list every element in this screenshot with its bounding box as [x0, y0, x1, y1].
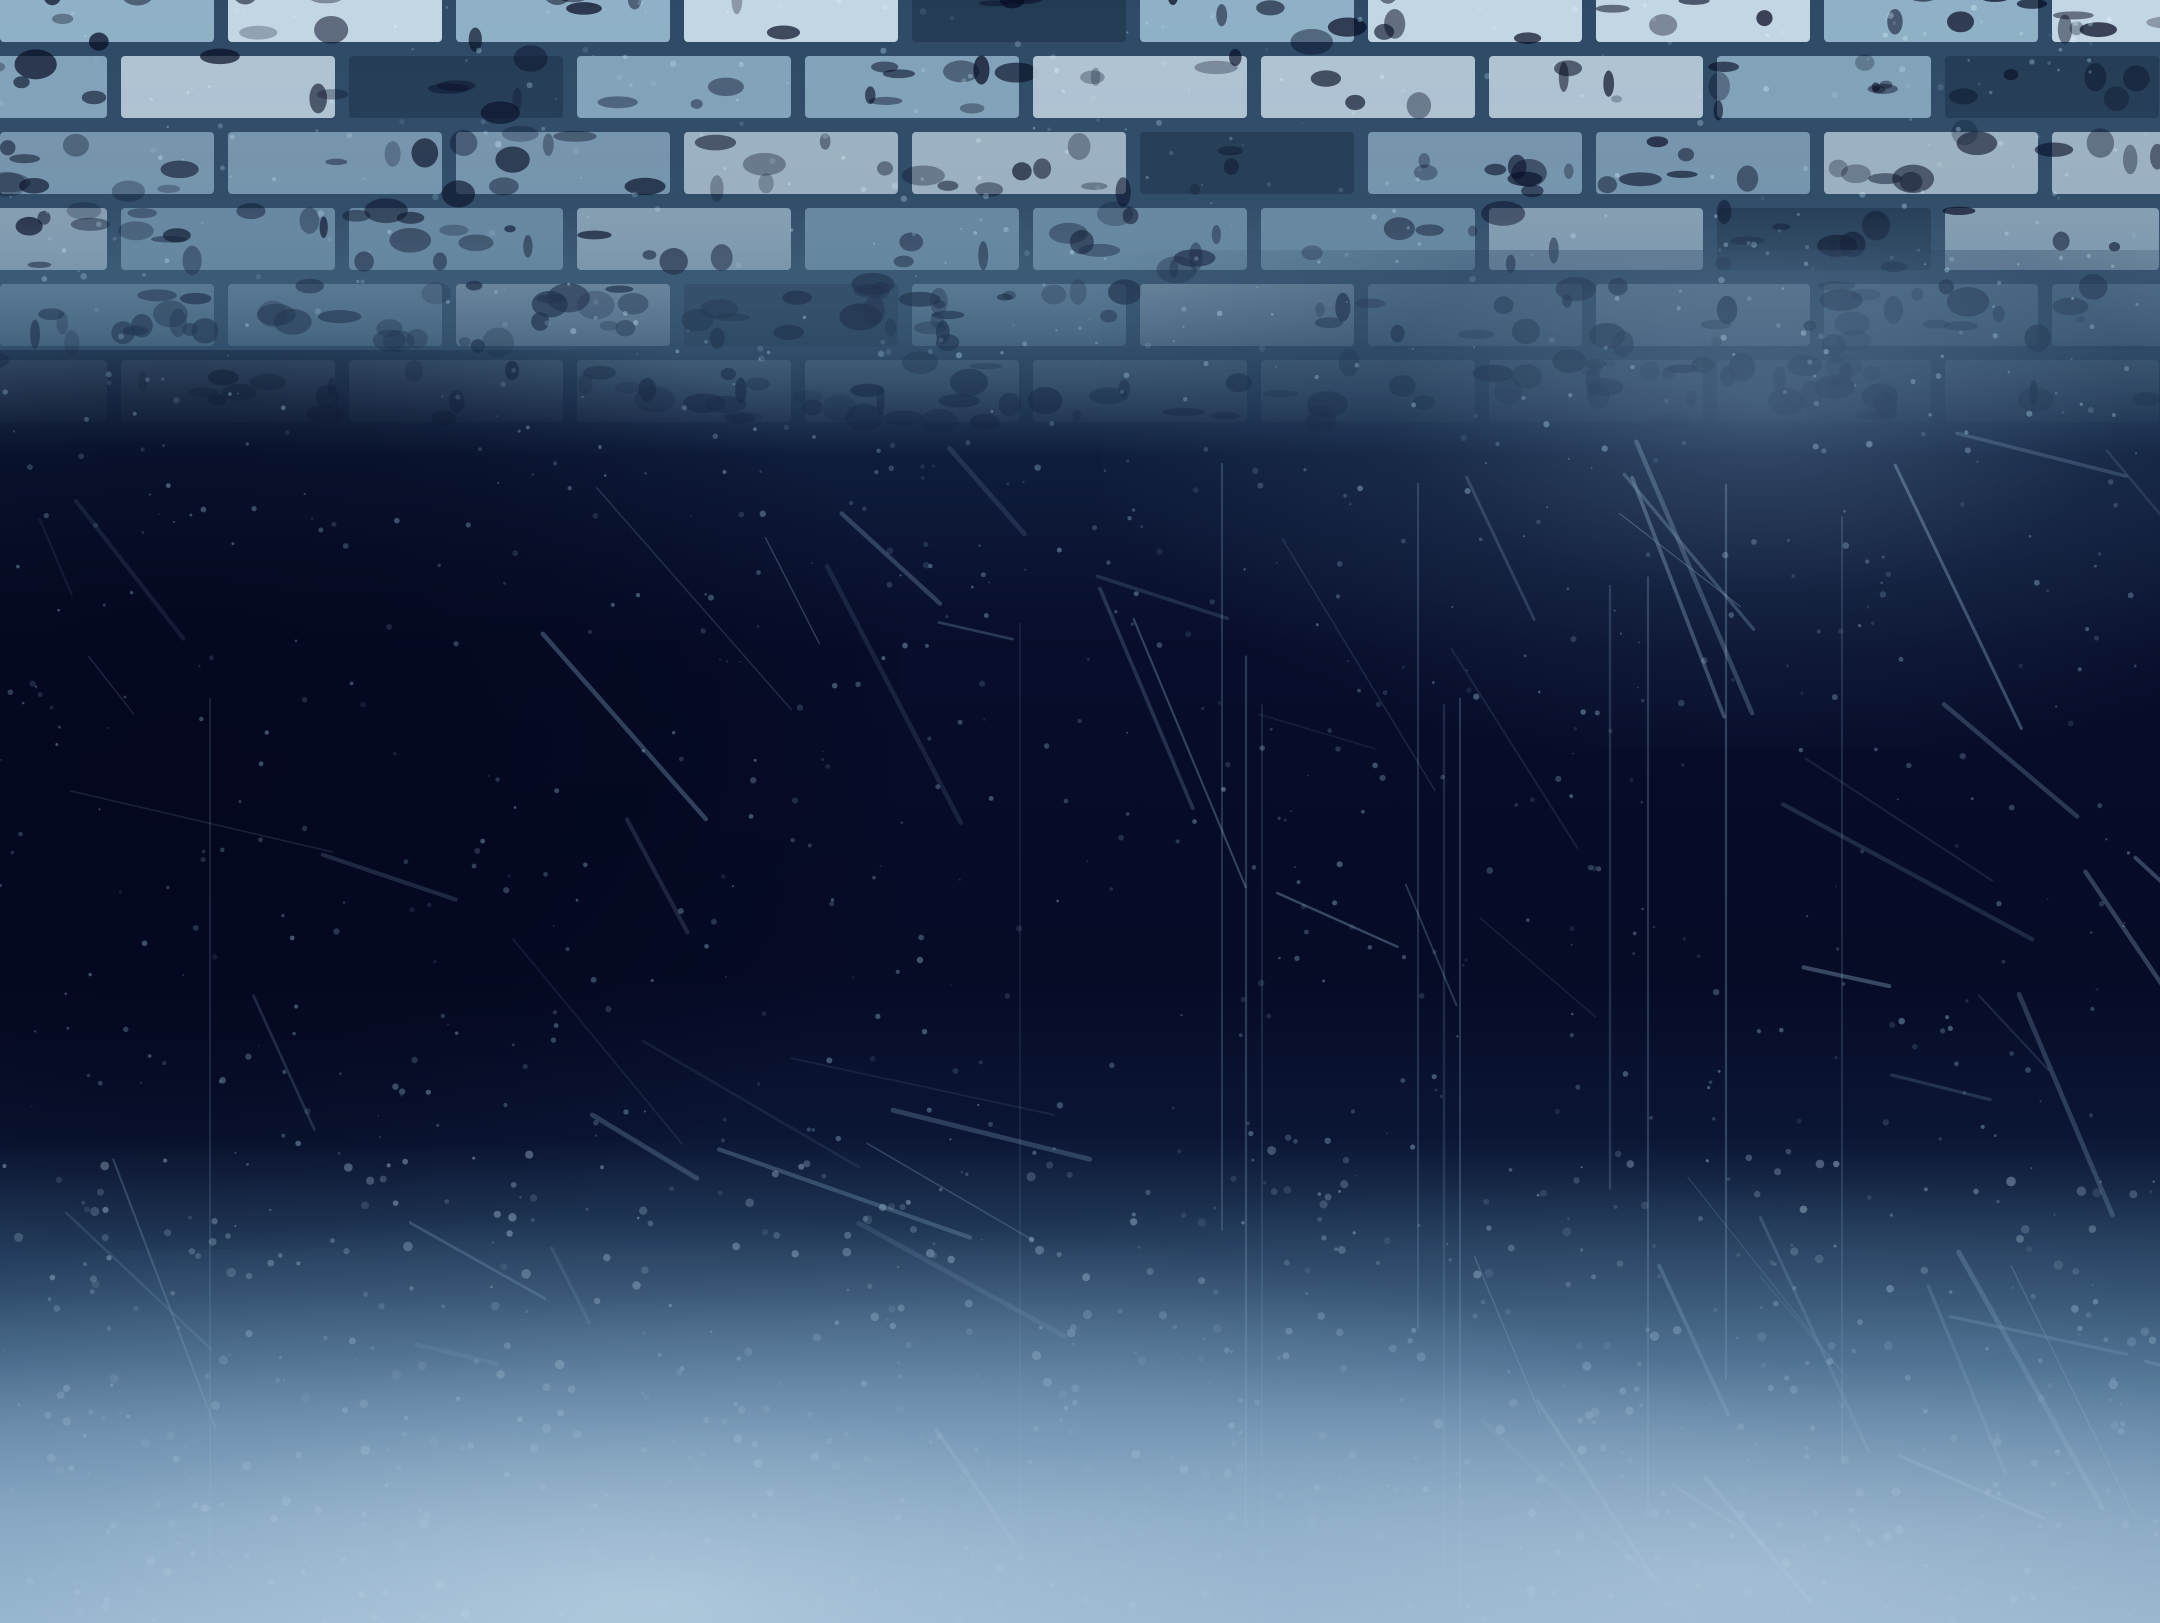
grunge-brick-wall-background	[0, 0, 2160, 1623]
pale-ground-texture	[0, 1143, 2160, 1623]
